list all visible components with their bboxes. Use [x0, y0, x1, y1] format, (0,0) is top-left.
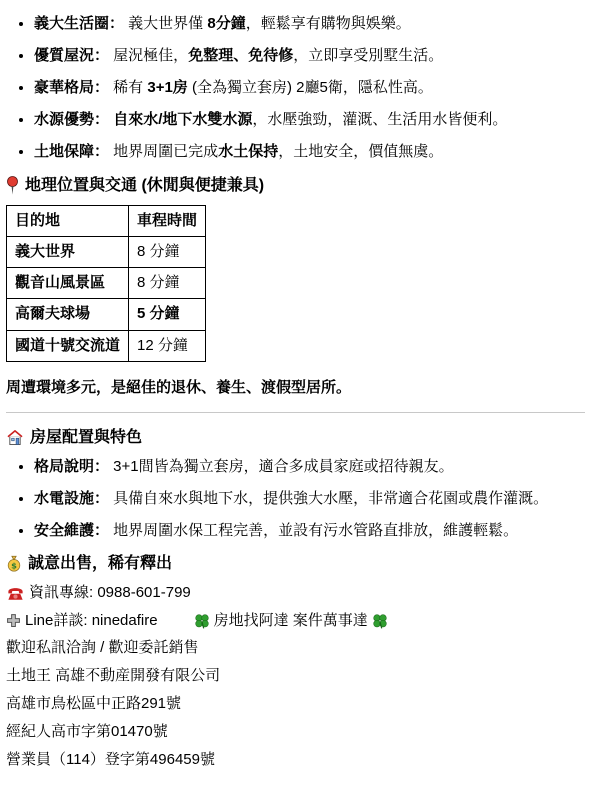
time-cell: 8 分鐘 [129, 268, 206, 299]
table-header-row: 目的地 車程時間 [7, 205, 206, 236]
four-leaf-clover-icon [372, 613, 388, 629]
svg-text:$: $ [11, 560, 17, 570]
round-pushpin-icon [6, 176, 19, 195]
environment-summary: 周遭環境多元，是絕佳的退休、養生、渡假型居所。 [6, 378, 585, 398]
table-row: 義大世界 8 分鐘 [7, 236, 206, 267]
destination-cell: 義大世界 [7, 236, 129, 267]
sale-section-heading: $ 誠意出售，稀有釋出 [6, 553, 585, 575]
travel-time-table: 目的地 車程時間 義大世界 8 分鐘 觀音山風景區 8 分鐘 高爾夫球場 5 分… [6, 205, 206, 362]
line-text: Line詳談: ninedafire [25, 612, 158, 629]
house-icon [6, 429, 24, 446]
time-cell: 5 分鐘 [129, 299, 206, 330]
company-name: 土地王 高雄不動産開發有限公司 [6, 668, 585, 684]
section-divider [6, 412, 585, 413]
plus-icon [6, 613, 21, 628]
agent-license: 營業員（114）登字第496459號 [6, 752, 585, 768]
list-item: 土地保障： 地界周圍已完成水土保持，土地安全，價值無虞。 [34, 142, 585, 161]
table-row: 觀音山風景區 8 分鐘 [7, 268, 206, 299]
list-item: 安全維護： 地界周圍水保工程完善，並設有污水管路直排放，維護輕鬆。 [34, 521, 585, 540]
list-item: 優質屋況： 屋況極佳，免整理、免待修，立即享受別墅生活。 [34, 46, 585, 65]
company-address: 高雄市鳥松區中正路291號 [6, 696, 585, 712]
listing-document: 義大生活圈： 義大世界僅 8分鐘，輕鬆享有購物與娛樂。 優質屋況： 屋況極佳，免… [0, 0, 591, 790]
location-section-heading: 地理位置與交通 (休閒與便捷兼具) [6, 175, 585, 197]
section-title: 誠意出售，稀有釋出 [28, 553, 172, 575]
section-title: 房屋配置與特色 [30, 427, 142, 449]
list-item: 義大生活圈： 義大世界僅 8分鐘，輕鬆享有購物與娛樂。 [34, 14, 585, 33]
section-title: 地理位置與交通 (休閒與便捷兼具) [25, 175, 264, 197]
destination-cell: 觀音山風景區 [7, 268, 129, 299]
time-cell: 8 分鐘 [129, 236, 206, 267]
destination-cell: 高爾夫球場 [7, 299, 129, 330]
highlight-list: 義大生活圈： 義大世界僅 8分鐘，輕鬆享有購物與娛樂。 優質屋況： 屋況極佳，免… [6, 14, 585, 161]
phone-line: 資訊專線: 0988-601-799 [6, 584, 585, 601]
house-section-heading: 房屋配置與特色 [6, 427, 585, 449]
house-feature-list: 格局說明： 3+1間皆為獨立套房，適合多成員家庭或招待親友。 水電設施： 具備自… [6, 457, 585, 540]
list-item: 水電設施： 具備自來水與地下水，提供強大水壓，非常適合花園或農作灌溉。 [34, 489, 585, 508]
list-item: 格局說明： 3+1間皆為獨立套房，適合多成員家庭或招待親友。 [34, 457, 585, 476]
welcome-line: 歡迎私訊洽詢 / 歡迎委託銷售 [6, 640, 585, 656]
broker-license: 經紀人高市字第01470號 [6, 724, 585, 740]
four-leaf-clover-icon [194, 613, 210, 629]
list-item: 水源優勢： 自來水/地下水雙水源，水壓強勁，灌溉、生活用水皆便利。 [34, 110, 585, 129]
list-item: 豪華格局： 稀有 3+1房 (全為獨立套房) 2廳5衛，隱私性高。 [34, 78, 585, 97]
time-cell: 12 分鐘 [129, 330, 206, 361]
column-header-time: 車程時間 [129, 205, 206, 236]
telephone-icon [6, 585, 25, 601]
column-header-destination: 目的地 [7, 205, 129, 236]
agent-slogan: 房地找阿達 案件萬事達 [214, 612, 368, 629]
destination-cell: 國道十號交流道 [7, 330, 129, 361]
table-row: 國道十號交流道 12 分鐘 [7, 330, 206, 361]
money-bag-icon: $ [6, 555, 22, 572]
phone-text: 資訊專線: 0988-601-799 [29, 584, 191, 601]
table-row: 高爾夫球場 5 分鐘 [7, 299, 206, 330]
line-contact-line: Line詳談: ninedafire 房地找阿達 案件萬事達 [6, 612, 585, 629]
